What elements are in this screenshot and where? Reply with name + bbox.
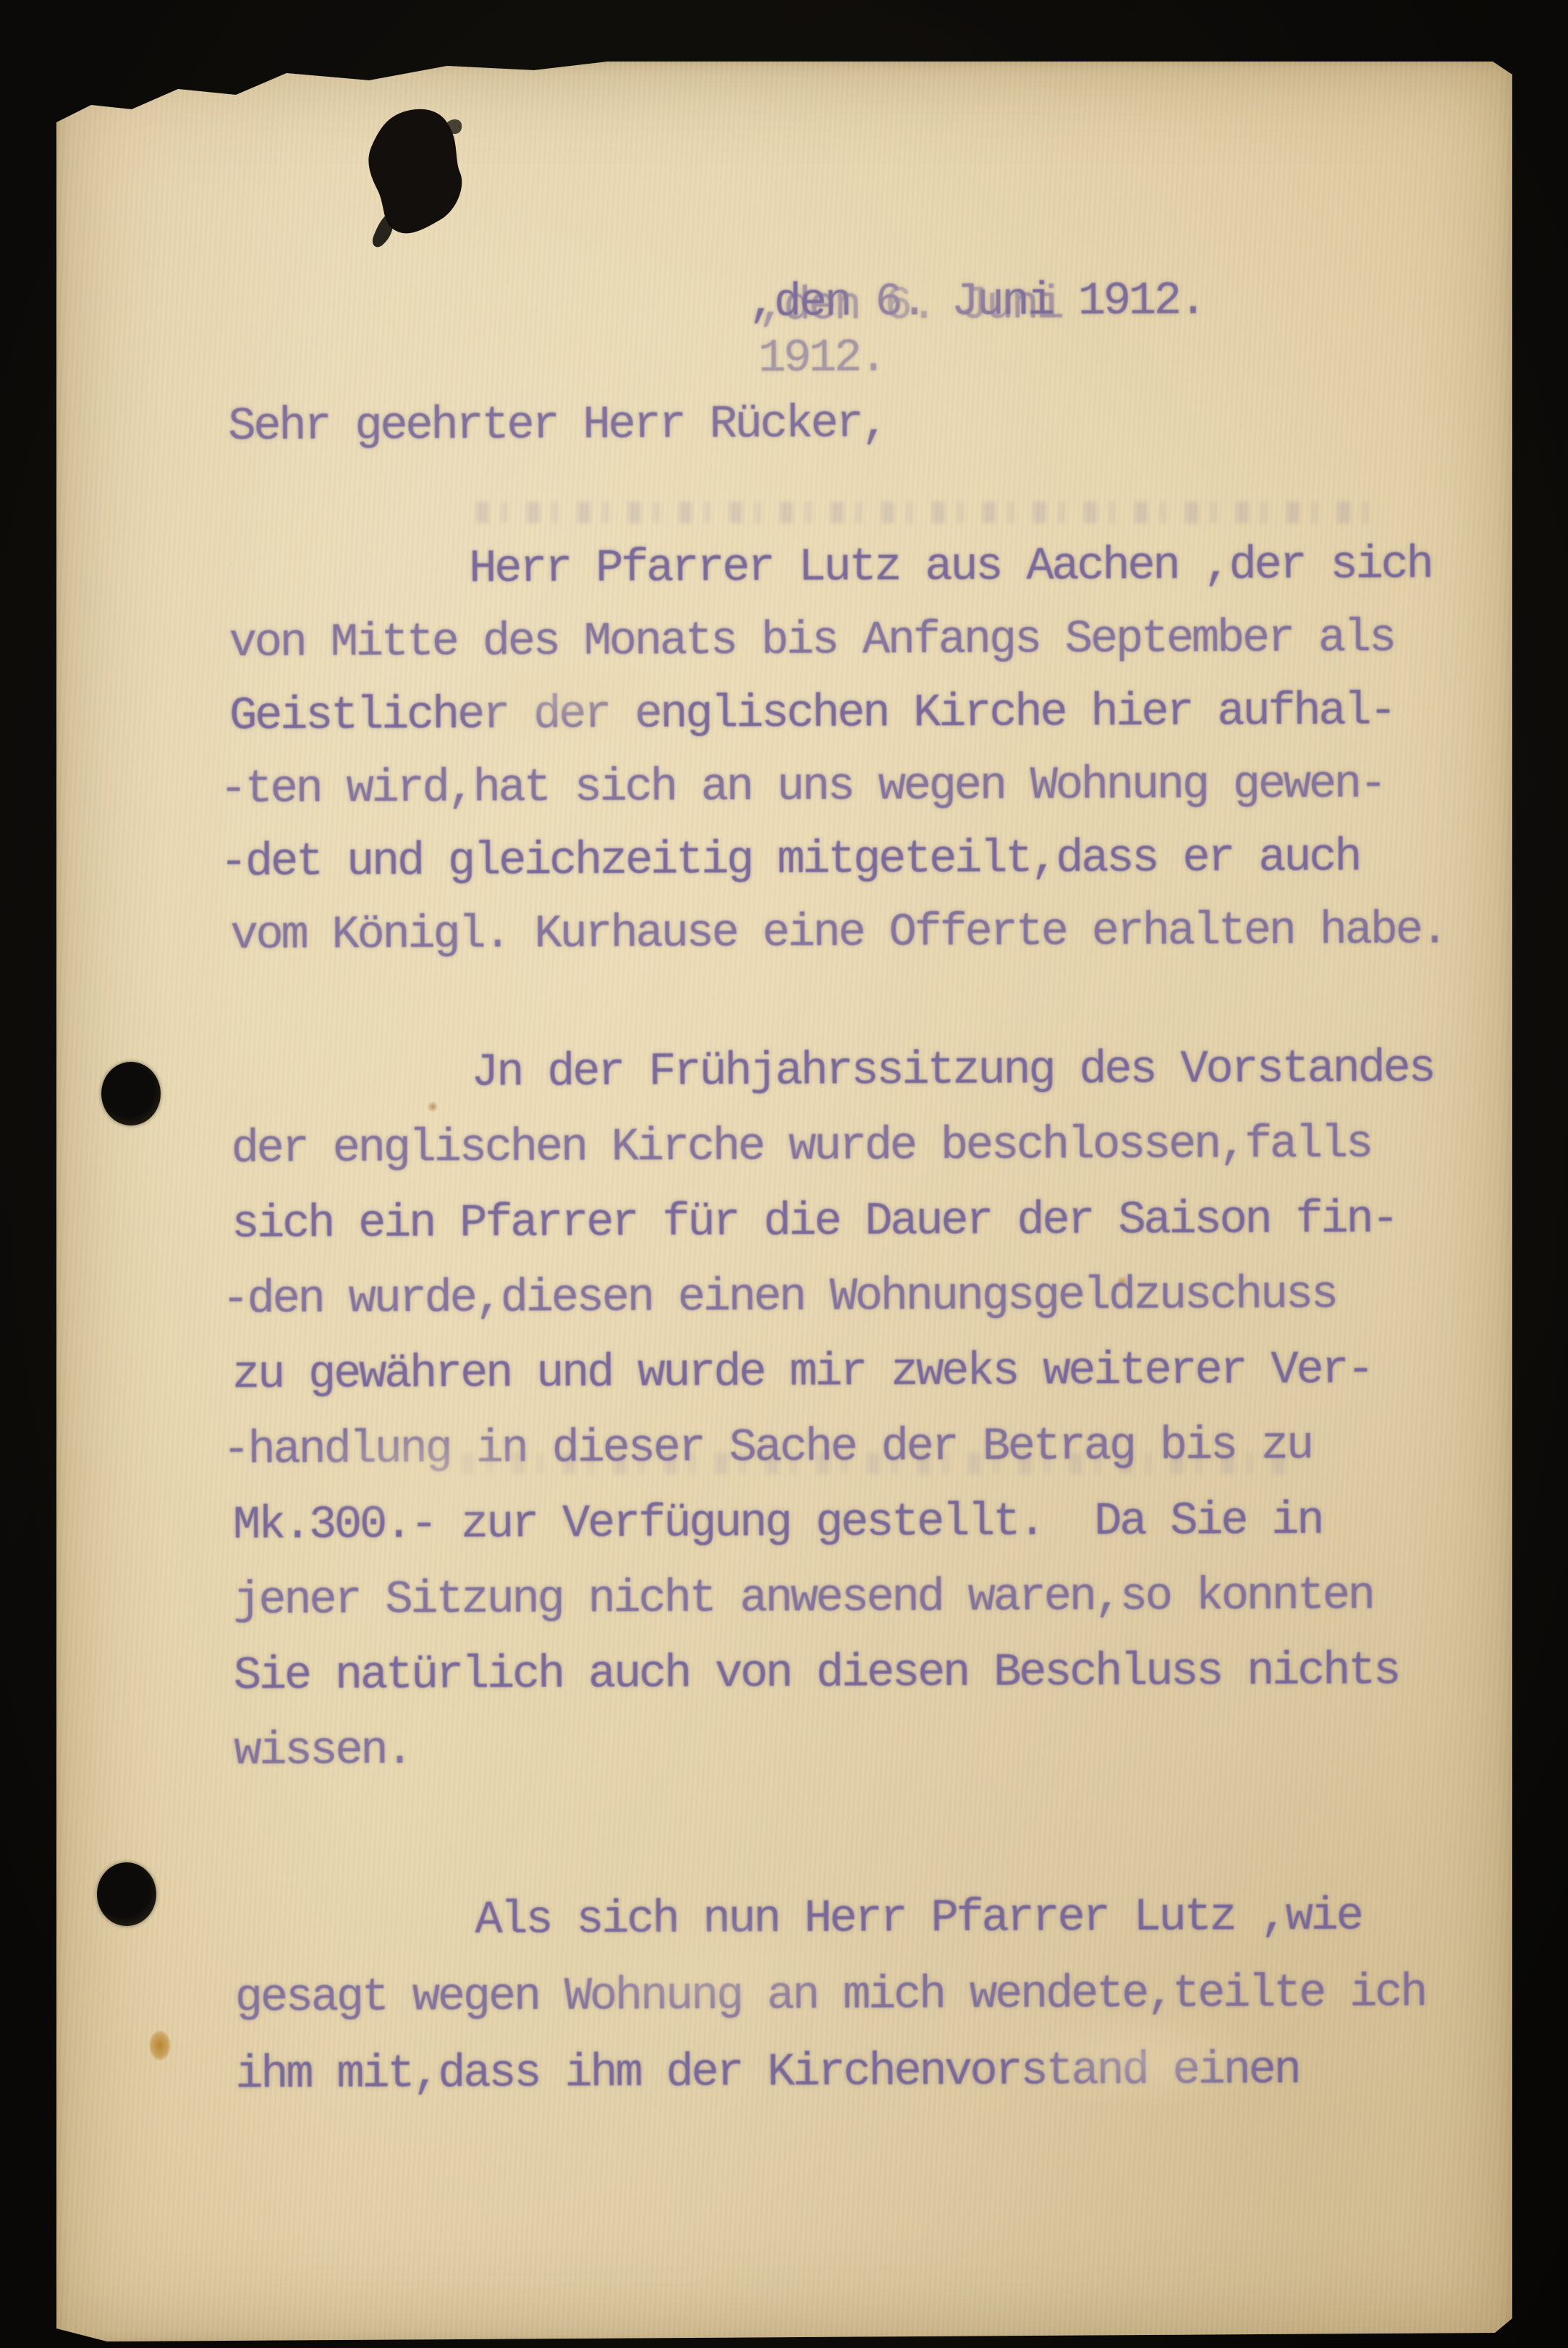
date-line: ,den 6. Juni 1912. ,den 6. Juni 1912.: [748, 275, 1204, 335]
paragraph-1: Herr Pfarrer Lutz aus Aachen ,der sich v…: [229, 529, 1468, 973]
salutation: Sehr geehrter Herr Rücker,: [228, 398, 886, 453]
letter-line: -det und gleichzeitig mitgeteilt,dass er…: [220, 822, 1467, 900]
letter-line: ihm mit,dass ihm der Kirchenvorstand ein…: [235, 2032, 1472, 2113]
letter-line: -ten wird,hat sich an uns wegen Wohnung …: [219, 748, 1467, 827]
letter-line: -handlung in dieser Sache der Betrag bis…: [222, 1408, 1470, 1489]
letter-line: von Mitte des Monats bis Anfangs Septemb…: [229, 602, 1466, 680]
letter-line: jener Sitzung nicht anwesend waren,so ko…: [233, 1558, 1470, 1639]
letter-line: Jn der Frühjahrssitzung des Vorstandes: [231, 1031, 1468, 1112]
letter-line: Mk.300.- zur Verfügung gestellt. Da Sie …: [233, 1483, 1470, 1563]
letter-line: sich ein Pfarrer für die Dauer der Saiso…: [232, 1182, 1469, 1262]
letter-line: Als sich nun Herr Pfarrer Lutz ,wie: [234, 1878, 1472, 1960]
paragraph-2: Jn der Frühjahrssitzung des Vorstandes d…: [231, 1031, 1472, 1789]
letter-line: wissen.: [234, 1709, 1471, 1789]
letter-line: -den wurde,diesen einen Wohnungsgeldzusc…: [221, 1257, 1469, 1338]
letter-content: ,den 6. Juni 1912. ,den 6. Juni 1912. Se…: [51, 59, 1517, 2347]
paragraph-3: Als sich nun Herr Pfarrer Lutz ,wie gesa…: [234, 1878, 1472, 2113]
letter-paper: ,den 6. Juni 1912. ,den 6. Juni 1912. Se…: [56, 62, 1512, 2343]
letter-line: Geistlicher der englischen Kirche hier a…: [229, 675, 1467, 753]
letter-line: zu gewähren und wurde mir zweks weiterer…: [232, 1333, 1470, 1413]
letter-line: der englischen Kirche wurde beschlossen,…: [231, 1107, 1468, 1187]
letter-line: vom Königl. Kurhause eine Offerte erhalt…: [230, 895, 1467, 973]
scan-background: ,den 6. Juni 1912. ,den 6. Juni 1912. Se…: [0, 0, 1568, 2348]
date-line-text: ,den 6. Juni 1912.: [748, 275, 1204, 329]
letter-line: gesagt wegen Wohnung an mich wendete,tei…: [235, 1955, 1472, 2037]
letter-line: Herr Pfarrer Lutz aus Aachen ,der sich: [229, 529, 1466, 607]
letter-line: Sie natürlich auch von diesen Beschluss …: [234, 1634, 1471, 1714]
